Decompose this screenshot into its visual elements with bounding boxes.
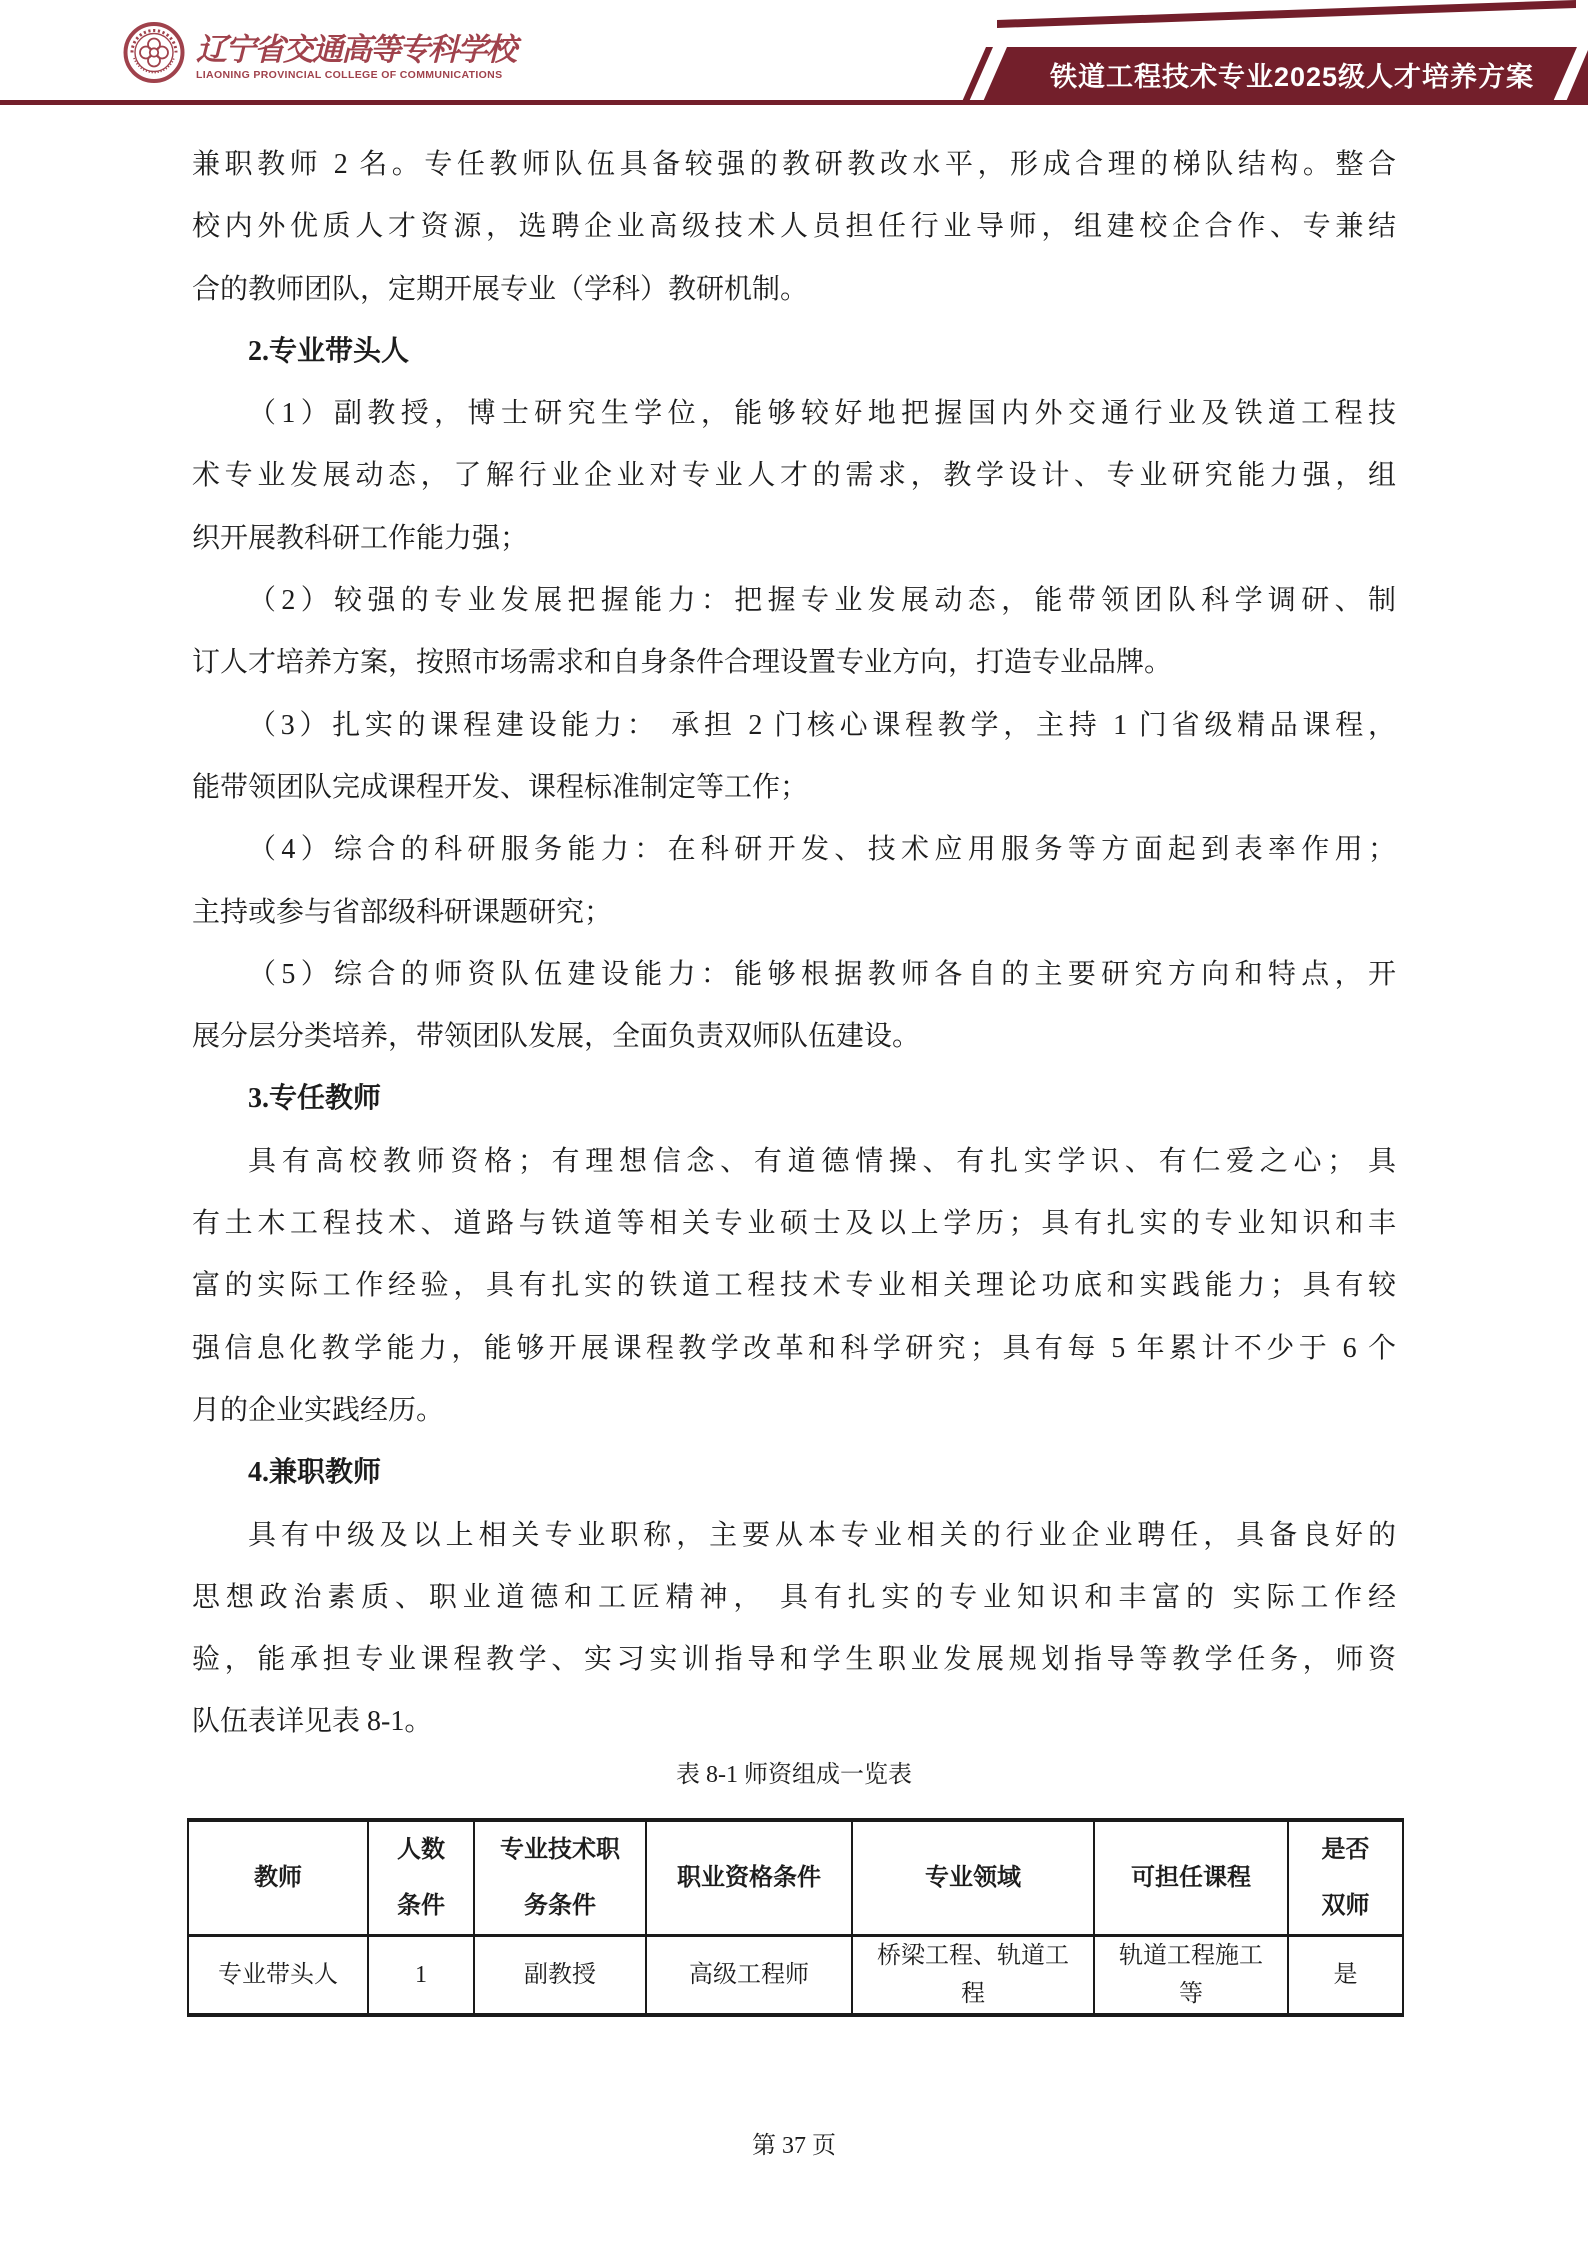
body-line: 织开展教科研工作能力强；	[192, 508, 1396, 570]
body-line: 富的实际工作经验，具有扎实的铁道工程技术专业相关理论功底和实践能力；具有较	[192, 1255, 1396, 1317]
col-header-dual-teacher: 是否 双师	[1288, 1820, 1403, 1936]
cell-headcount: 1	[368, 1935, 474, 2015]
school-name-english: LIAONING PROVINCIAL COLLEGE OF COMMUNICA…	[196, 69, 526, 85]
table-row: 专业带头人 1 副教授 高级工程师 桥梁工程、轨道工 程 轨道工程施工 等 是	[188, 1935, 1403, 2015]
document-body: 兼职教师 2 名。专任教师队伍具备较强的教研教改水平，形成合理的梯队结构。整合 …	[192, 134, 1396, 2017]
body-line: 思想政治素质、职业道德和工匠精神， 具有扎实的专业知识和丰富的 实际工作经	[192, 1567, 1396, 1629]
col-header-tech-title: 专业技术职 务条件	[474, 1820, 646, 1936]
cell-qualification: 高级工程师	[646, 1935, 852, 2015]
cell-dual-teacher: 是	[1288, 1935, 1403, 2015]
body-line: （3）扎实的课程建设能力： 承担 2 门核心课程教学，主持 1 门省级精品课程，	[192, 695, 1396, 757]
body-line: 校内外优质人才资源，选聘企业高级技术人员担任行业导师，组建校企合作、专兼结	[192, 196, 1396, 258]
page-number: 第 37 页	[0, 2126, 1588, 2166]
body-line: 队伍表详见表 8-1。	[192, 1691, 1396, 1753]
body-line: 展分层分类培养，带领团队发展，全面负责双师队伍建设。	[192, 1006, 1396, 1068]
body-line: 验，能承担专业课程教学、实习实训指导和学生职业发展规划指导等教学任务，师资	[192, 1629, 1396, 1691]
section-heading-parttime-teacher: 4.兼职教师	[192, 1442, 1396, 1504]
cell-field: 桥梁工程、轨道工 程	[852, 1935, 1094, 2015]
body-line: 具有高校教师资格；有理想信念、有道德情操、有扎实学识、有仁爱之心； 具	[192, 1131, 1396, 1193]
faculty-table: 教师 人数 条件 专业技术职 务条件 职业资格条件 专业领域 可担任课程 是否 …	[187, 1818, 1404, 2017]
body-line: （1）副教授，博士研究生学位，能够较好地把握国内外交通行业及铁道工程技	[192, 383, 1396, 445]
cell-courses: 轨道工程施工 等	[1094, 1935, 1288, 2015]
body-line: （5）综合的师资队伍建设能力：能够根据教师各自的主要研究方向和特点，开	[192, 944, 1396, 1006]
col-header-field: 专业领域	[852, 1820, 1094, 1936]
body-line: 能带领团队完成课程开发、课程标准制定等工作；	[192, 757, 1396, 819]
body-line: （4）综合的科研服务能力：在科研开发、技术应用服务等方面起到表率作用；	[192, 819, 1396, 881]
col-header-teacher: 教师	[188, 1820, 368, 1936]
body-line: 兼职教师 2 名。专任教师队伍具备较强的教研教改水平，形成合理的梯队结构。整合	[192, 134, 1396, 196]
body-line: 强信息化教学能力，能够开展课程教学改革和科学研究；具有每 5 年累计不少于 6 …	[192, 1318, 1396, 1380]
table-header-row: 教师 人数 条件 专业技术职 务条件 职业资格条件 专业领域 可担任课程 是否 …	[188, 1820, 1403, 1936]
cell-tech-title: 副教授	[474, 1935, 646, 2015]
col-header-qualification: 职业资格条件	[646, 1820, 852, 1936]
body-line: 月的企业实践经历。	[192, 1380, 1396, 1442]
school-name-chinese: 辽宁省交通高等专科学校	[196, 24, 526, 68]
table-caption: 表 8-1 师资组成一览表	[192, 1754, 1396, 1796]
section-heading-leader: 2.专业带头人	[192, 321, 1396, 383]
banner-title: 铁道工程技术专业2025级人才培养方案	[1049, 61, 1534, 92]
col-header-courses: 可担任课程	[1094, 1820, 1288, 1936]
cell-teacher: 专业带头人	[188, 1935, 368, 2015]
body-line: 术专业发展动态，了解行业企业对专业人才的需求，教学设计、专业研究能力强，组	[192, 445, 1396, 507]
col-header-headcount: 人数 条件	[368, 1820, 474, 1936]
section-heading-fulltime-teacher: 3.专任教师	[192, 1068, 1396, 1130]
body-line: （2）较强的专业发展把握能力：把握专业发展动态，能带领团队科学调研、制	[192, 570, 1396, 632]
body-line: 具有中级及以上相关专业职称，主要从本专业相关的行业企业聘任，具备良好的	[192, 1505, 1396, 1567]
school-logo-seal-icon	[120, 18, 188, 86]
body-line: 合的教师团队，定期开展专业（学科）教研机制。	[192, 259, 1396, 321]
banner-top-line	[997, 0, 1576, 28]
body-line: 主持或参与省部级科研课题研究；	[192, 882, 1396, 944]
body-line: 有土木工程技术、道路与铁道等相关专业硕士及以上学历；具有扎实的专业知识和丰	[192, 1193, 1396, 1255]
document-page: 铁道工程技术专业2025级人才培养方案 辽宁省交通高等专科学校 LIAONING…	[0, 0, 1588, 2245]
body-line: 订人才培养方案，按照市场需求和自身条件合理设置专业方向，打造专业品牌。	[192, 632, 1396, 694]
